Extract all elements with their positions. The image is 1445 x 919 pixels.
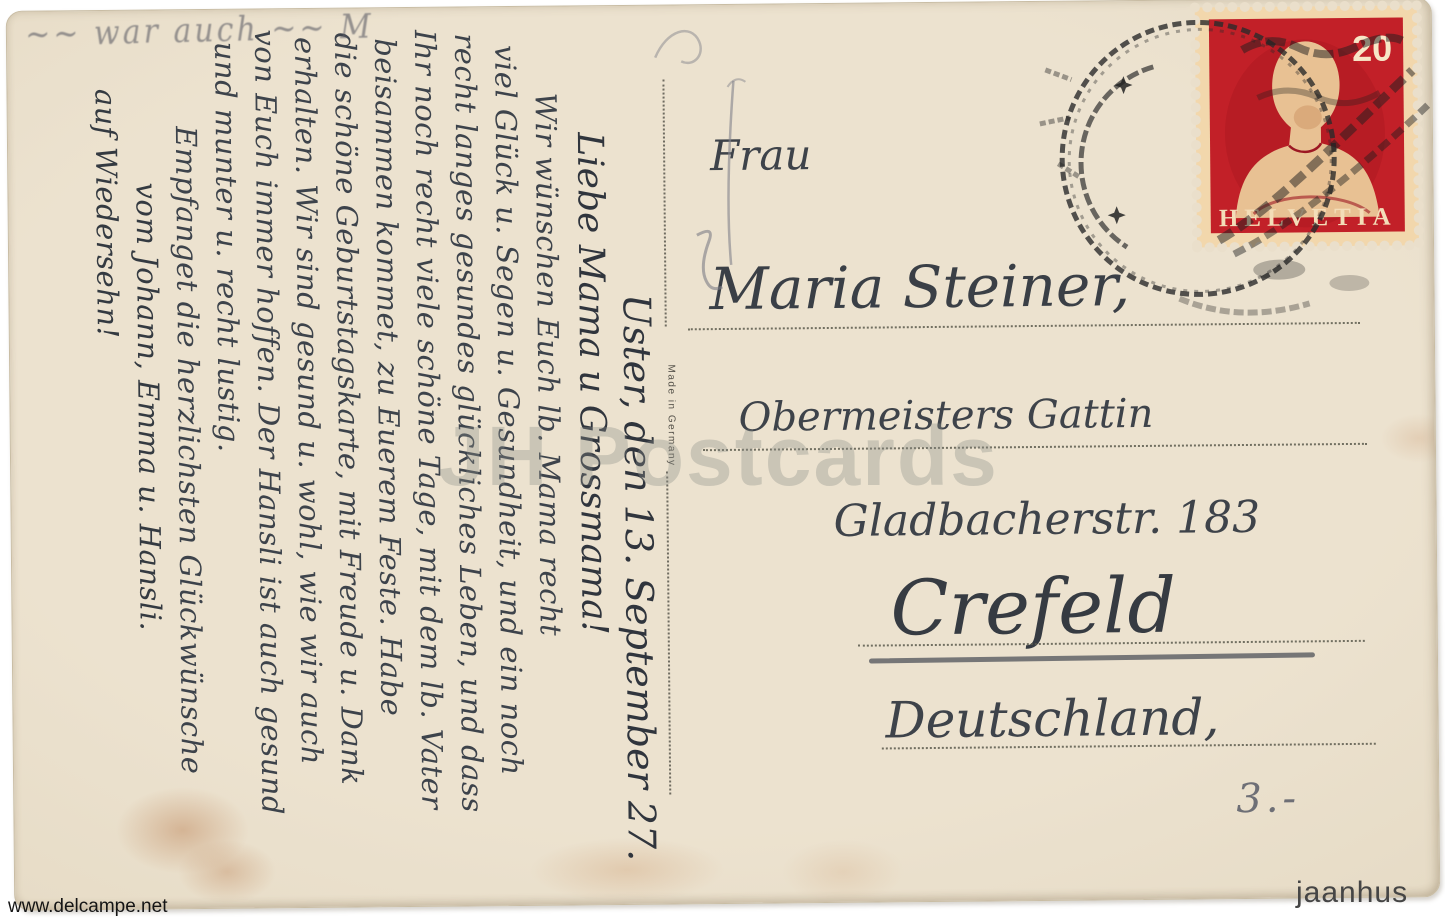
address-country: Deutschland, xyxy=(885,688,1219,749)
watermark-jh-postcards: JH Postcards xyxy=(438,408,999,505)
seller-name-label: jaanhus xyxy=(1296,876,1408,910)
message-line: die schöne Geburtstagskarte, mit Freude … xyxy=(325,28,373,900)
city-pencil-underline xyxy=(869,652,1315,663)
divider-dotted-line xyxy=(666,472,671,795)
postmark-star xyxy=(1108,206,1126,224)
website-url-label: www.delcampe.net xyxy=(8,896,167,918)
pencil-price: 3.- xyxy=(1236,775,1300,822)
message-line: von Euch immer hoffen. Der Hansli ist au… xyxy=(245,29,293,901)
message-line: auf Wiedersehn! xyxy=(85,31,133,903)
postmark-cancellation xyxy=(1027,0,1441,318)
address-city: Crefeld xyxy=(890,561,1176,653)
address-rule xyxy=(688,322,1360,330)
pencil-stroke-marks xyxy=(647,12,810,314)
message-line: erhalten. Wir sind gesund u. wohl, wie w… xyxy=(285,29,333,901)
message-line: und munter u. recht lustig. xyxy=(205,30,253,902)
message-line: Empfanget die herzlichsten Glückwünsche xyxy=(165,30,213,902)
message-line: beisammen kommet, zu Euerem Feste. Habe xyxy=(365,28,413,900)
